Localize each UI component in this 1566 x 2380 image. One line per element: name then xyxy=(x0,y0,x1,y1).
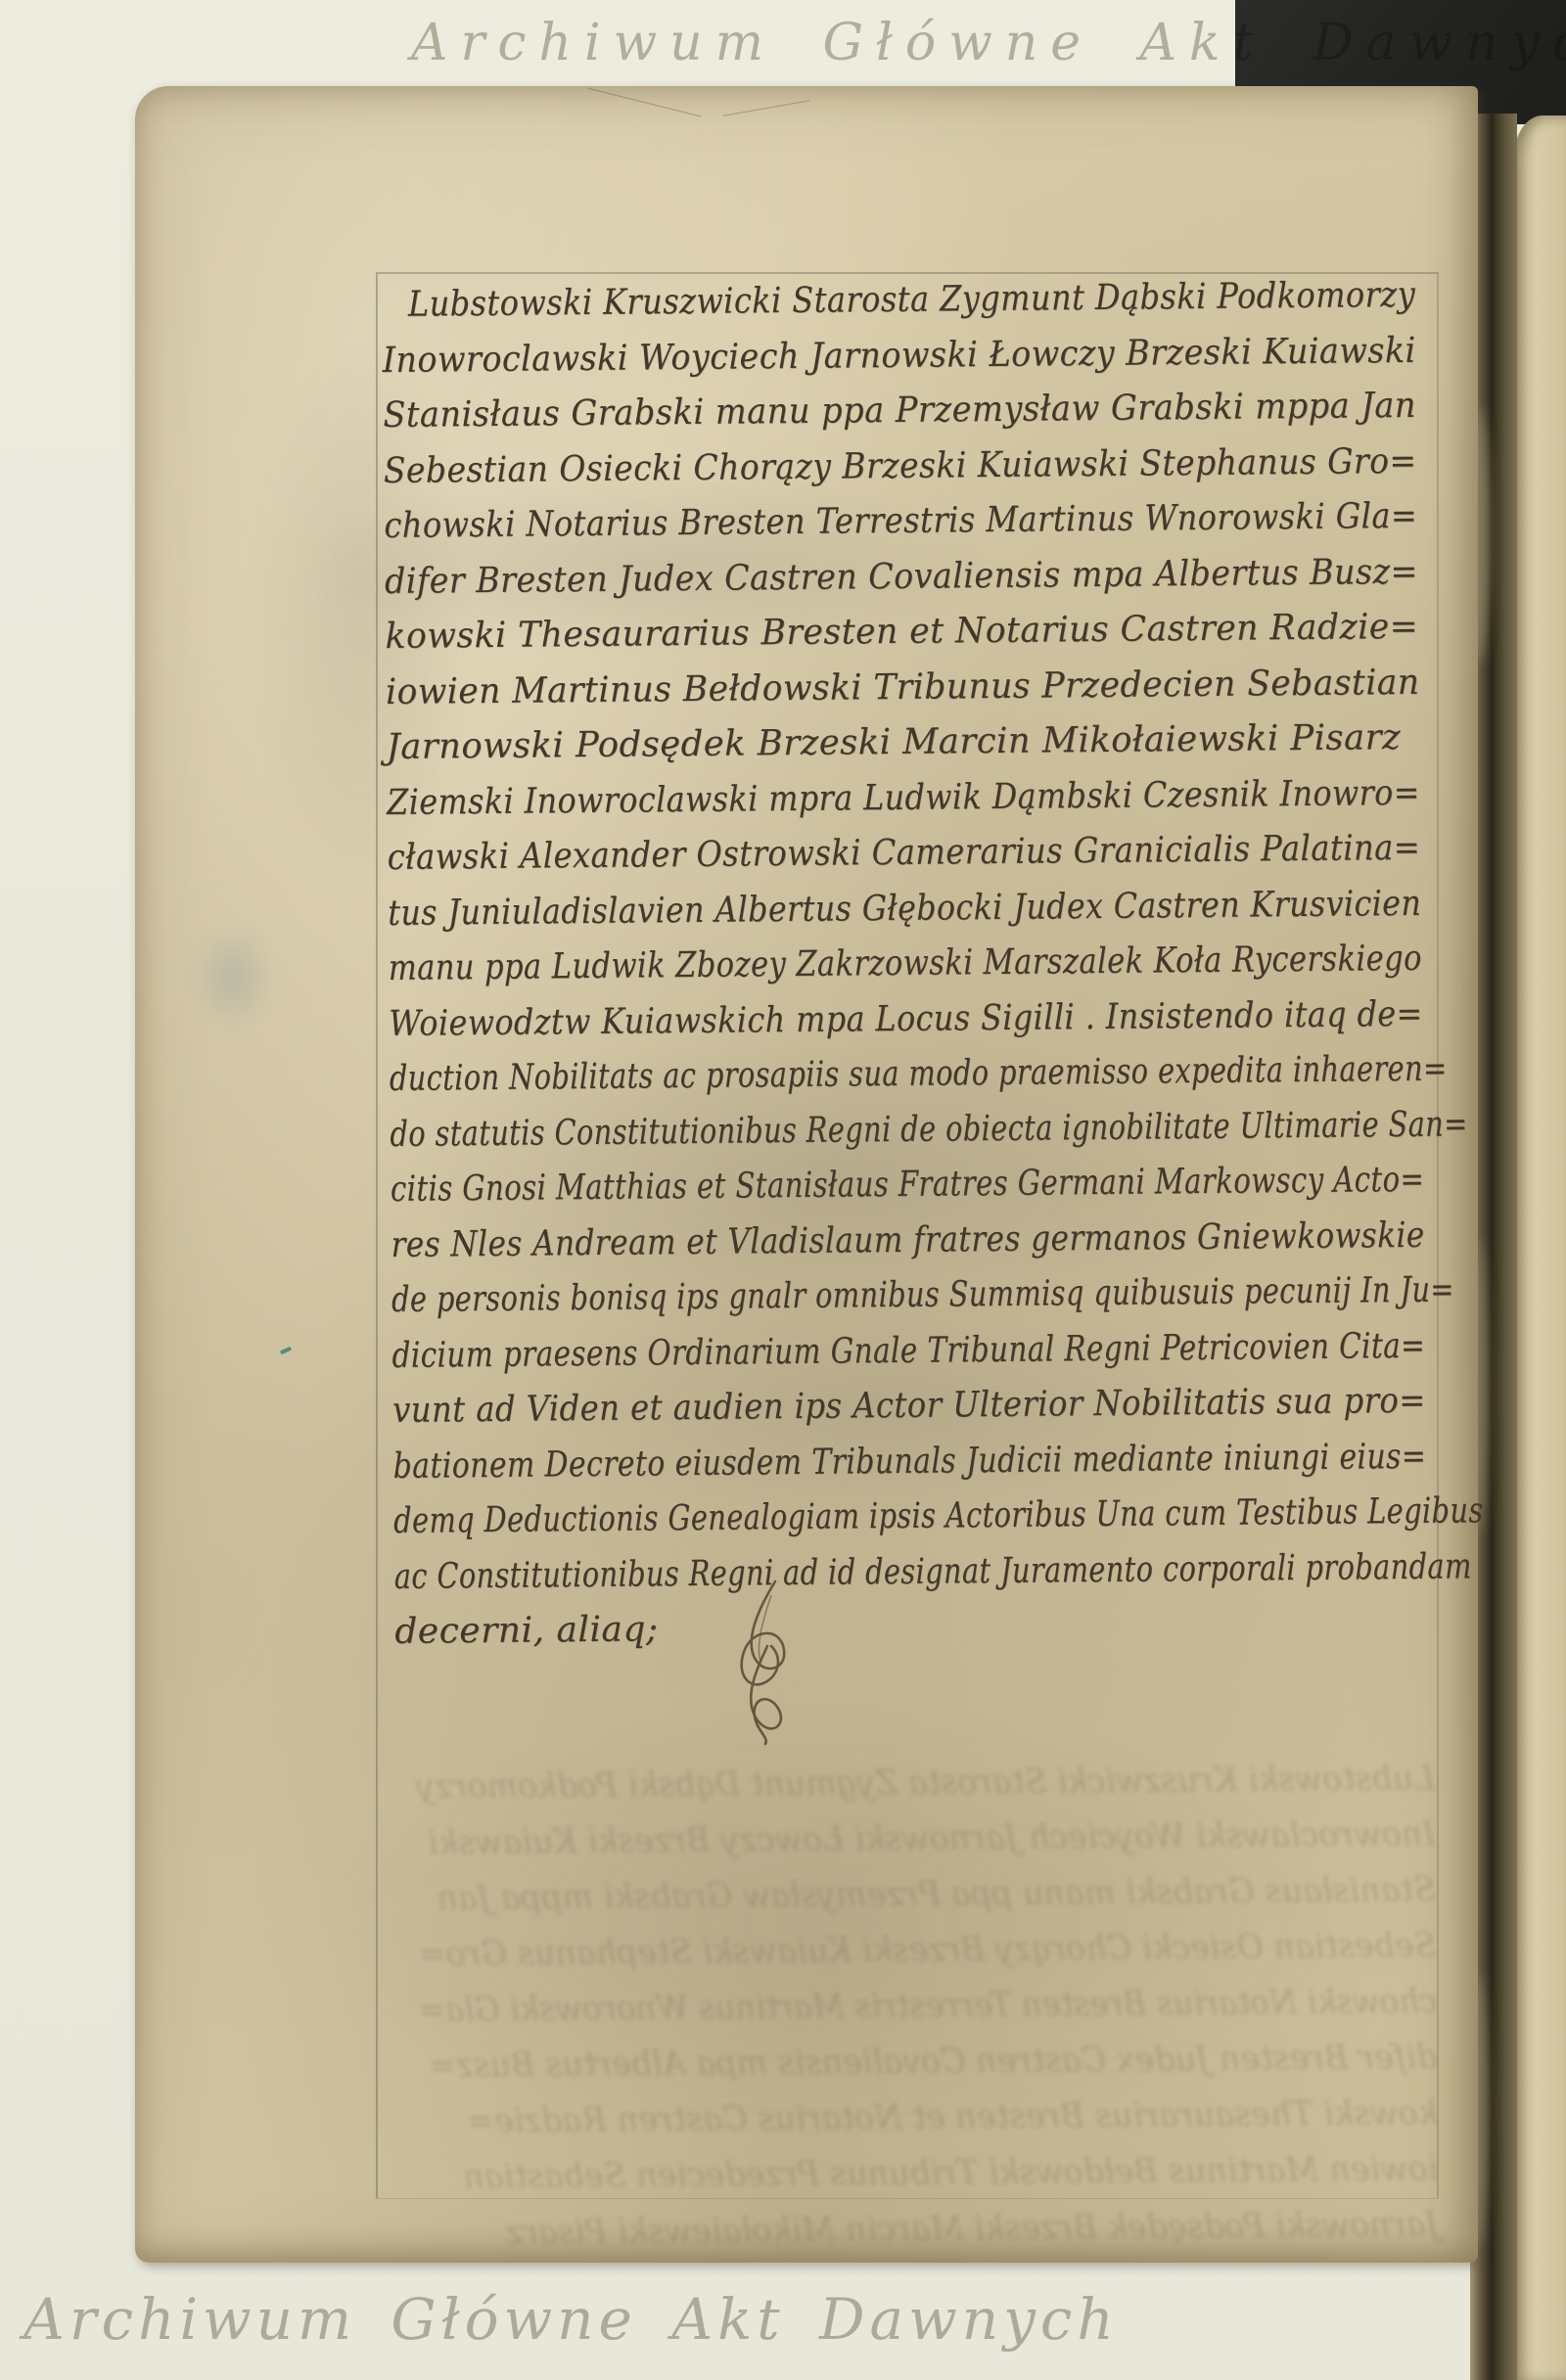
archival-scan: Lubstowski Kruszwicki Starosta Zygmunt D… xyxy=(0,0,1566,2380)
manuscript-line: ac Constitutionibus Regni ad id designat… xyxy=(393,1541,1236,1605)
manuscript-text-block: Lubstowski Kruszwicki Starosta Zygmunt D… xyxy=(382,268,1449,1661)
manuscript-line: Jarnowski Podsędek Brzeski Marcin Mikoła… xyxy=(386,710,1419,776)
manuscript-line: demq Deductionis Genealogiam ipsis Actor… xyxy=(393,1487,1236,1550)
archivist-mark xyxy=(280,1347,293,1355)
bleedthrough-line: difer Bresten Judex Castren Covaliensis … xyxy=(419,2030,1437,2094)
bleedthrough-line: kowski Thesaurarius Bresten et Notarius … xyxy=(420,2085,1438,2150)
manuscript-line: Sebestian Osiecki Chorązy Brzeski Kuiaws… xyxy=(384,435,1349,499)
bleedthrough-line: Jarnowski Podsędek Brzeski Marcin Mikoła… xyxy=(421,2197,1439,2262)
manuscript-line: Inowroclawski Woyciech Jarnowski Łowczy … xyxy=(383,324,1359,389)
manuscript-line: do statutis Constitutionibus Regni de ob… xyxy=(390,1099,1232,1163)
manuscript-line: de personis bonisq ips gnalr omnibus Sum… xyxy=(391,1265,1234,1329)
manuscript-line: tus Juniuladislavien Albertus Głębocki J… xyxy=(388,877,1313,941)
manuscript-page: Lubstowski Kruszwicki Starosta Zygmunt D… xyxy=(135,86,1478,2263)
manuscript-line: vunt ad Viden et audien ips Actor Ulteri… xyxy=(392,1375,1335,1440)
paper-stain xyxy=(331,1711,1329,2131)
manuscript-line: Ziemski Inowroclawski mpra Ludwik Dąmbsk… xyxy=(387,766,1316,831)
manuscript-line: bationem Decreto eiusdem Tribunals Judic… xyxy=(392,1431,1267,1494)
manuscript-line: cławski Alexander Ostrowski Camerarius G… xyxy=(387,822,1329,887)
bleedthrough-line: Sebestian Osiecki Chorązy Brzeski Kuiaws… xyxy=(419,1918,1437,1983)
manuscript-line: manu ppa Ludwik Zbozey Zakrzowski Marsza… xyxy=(389,933,1281,996)
ink-stain xyxy=(186,918,280,1035)
adjacent-page-edge xyxy=(1513,115,1566,2380)
bleedthrough-line: chowski Notarius Bresten Terrestris Mart… xyxy=(449,1974,1437,2038)
manuscript-line: Woiewodztw Kuiawskich mpa Locus Sigilli … xyxy=(389,987,1319,1052)
paper-scratch xyxy=(723,100,810,116)
manuscript-line: chowski Notarius Bresten Terrestris Mart… xyxy=(384,490,1320,555)
manuscript-line: res Nles Andream et Vladislaum fratres g… xyxy=(391,1210,1302,1273)
notary-paraph-flourish-icon xyxy=(714,1576,812,1747)
manuscript-line: duction Nobilitats ac prosapiis sua modo… xyxy=(390,1044,1232,1108)
manuscript-line: iowien Martinus Bełdowski Tribunus Przed… xyxy=(386,656,1395,720)
paper-scratch xyxy=(587,87,702,116)
manuscript-line: Lubstowski Kruszwicki Starosta Zygmunt D… xyxy=(382,269,1317,334)
watermark-bottom: Archiwum Główne Akt Dawnych xyxy=(23,2286,1119,2353)
manuscript-line: kowski Thesaurarius Bresten et Notarius … xyxy=(385,600,1397,664)
bleedthrough-line: iowien Martinus Bełdowski Tribunus Przed… xyxy=(420,2141,1438,2206)
verso-bleedthrough: Lubstowski Kruszwicki Starosta Zygmunt D… xyxy=(366,1751,1439,2263)
manuscript-line: difer Bresten Judex Castren Covaliensis … xyxy=(385,545,1359,610)
bleedthrough-line: Stanisłaus Grabski manu ppa Przemysław G… xyxy=(418,1862,1436,1927)
manuscript-line: Stanisłaus Grabski manu ppa Przemysław G… xyxy=(383,379,1367,443)
bleedthrough-line: Inowroclawski Woyciech Jarnowski Łowczy … xyxy=(417,1807,1435,1871)
bleedthrough-line: Lubstowski Kruszwicki Starosta Zygmunt D… xyxy=(423,1751,1435,1815)
manuscript-line: decerni, aliaq; xyxy=(394,1595,1448,1661)
manuscript-line: citis Gnosi Matthias et Stanisłaus Fratr… xyxy=(391,1155,1244,1218)
manuscript-line: dicium praesens Ordinarium Gnale Tribuna… xyxy=(391,1320,1254,1384)
